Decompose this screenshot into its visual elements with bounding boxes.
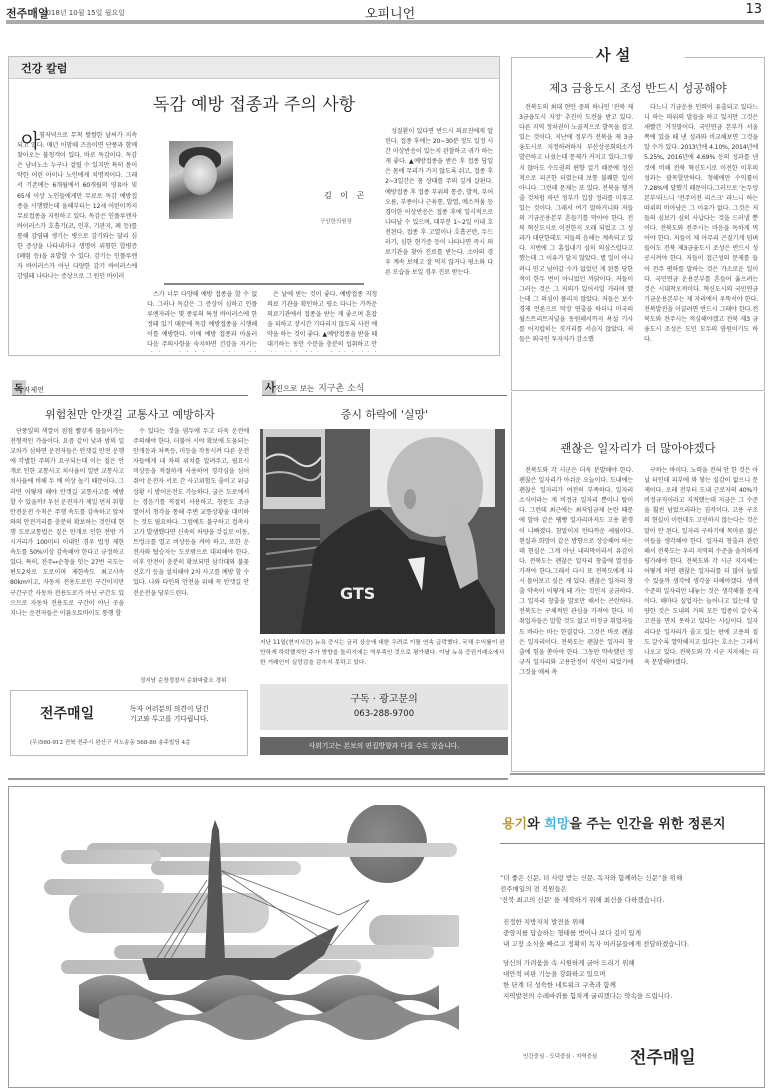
health-column-3: 은 날에 받는 것이 좋다. 예방접종 지정 의료 기관을 확인하고 평소 다니… <box>267 290 377 352</box>
ad-paragraph-2: 진정한 지방자치 발전을 위해 중앙지를 답습하는 형태를 벗어나 보다 깊이 … <box>503 917 689 950</box>
pen-ship-illustration <box>39 805 459 1045</box>
photo-news-title: 증시 하락에 '실망' <box>262 406 507 422</box>
ad-paragraph-1: “더 좋은 신문, 더 사랑 받는 신문, 독자와 함께하는 신문”을 위해 전… <box>500 873 682 906</box>
ad-paragraph-3: 당신의 가려움을 속 시원하게 긁어 드리기 위해 대안적 비판 기능을 강화하… <box>503 958 672 1002</box>
photo-caption: 지난 11일(현지시간) 뉴욕 증시는 금리 상승에 대한 우려로 이틀 연속 … <box>260 638 508 668</box>
subscription-phone[interactable]: 063-288-9700 <box>260 709 508 719</box>
reader-section-head <box>12 380 248 396</box>
editorial2-column-2: 구하는 바이다. 노력을 전혀 안 한 것은 아닐 터인데 피부에 와 닿는 실… <box>644 466 758 766</box>
jeonju-address: (우)560-912 전북 전주시 완산구 서노송동 568-80 송주빌딩 4… <box>30 738 191 746</box>
gts-logo-text: GTS <box>340 584 375 603</box>
issue-date: 2018년 10월 15일 월요일 <box>42 8 125 18</box>
header-rule <box>6 20 764 24</box>
section-divider <box>8 778 508 780</box>
ad-logo: 전주매일 <box>630 1043 696 1068</box>
health-article-title: 독감 예방 접종과 주의 사항 <box>9 90 499 115</box>
health-column-1: 침저녁으로 무척 쌀쌀한 날씨가 지속되고 있다. 매년 이맘때 즈음이면 단풍… <box>17 127 137 352</box>
page-number: 13 <box>745 2 762 17</box>
photo-rule <box>164 283 364 285</box>
editorial-title: 제3 금융도시 조성 반드시 성공해야 <box>511 80 765 96</box>
editorial-column-2: 다느니 기금운용 인력이 유출되고 있다느니 하는 따위의 말들을 하고 있지만… <box>644 103 758 393</box>
editorial2-title: 괜찮은 일자리가 더 많아야겠다 <box>511 440 765 456</box>
photo-section-label: 사진으로 보는 지구촌 소식 <box>265 379 364 395</box>
ad-rule <box>500 843 765 844</box>
jeonju-logo: 전주매일 <box>40 703 94 723</box>
trader-photo-illustration: GTS <box>260 429 505 634</box>
editorial-label: 사 설 <box>596 44 630 65</box>
ad-slogan: 인간중심 · 도덕중심 · 지역중심 <box>523 1052 597 1060</box>
reader-section-label: 독자제언 <box>14 380 44 395</box>
jeonju-message: 독자 여러분의 의견이 담긴 기고와 투고를 기다립니다. <box>130 704 209 724</box>
reader-byline: 정지남 순창경찰서 순화파출소 경위 <box>140 676 226 684</box>
author-name: 김 이 곤 <box>324 190 367 201</box>
editorial2-column-1: 전북도와 각 시군은 더욱 분발해야 한다. 괜찮은 일자리가 아쉬운 오늘이다… <box>519 466 633 766</box>
reader-column-2: 수 있다는 것을 염두에 두고 더욱 운전에 주의해야 한다. 더불어 시야 확… <box>133 427 249 675</box>
author-title: 구암한의원장 <box>320 217 352 225</box>
author-photo <box>169 141 233 219</box>
health-column-label: 건강 칼럼 <box>21 60 67 76</box>
photo-face <box>183 155 217 195</box>
health-column-bar <box>9 57 499 79</box>
reader-article-title: 위험천만 안갯길 교통사고 예방하자 <box>12 406 248 422</box>
jeonju-contact-box <box>10 690 248 756</box>
ad-headline: 용기와 희망을 주는 인간을 위한 정론지 <box>502 813 726 832</box>
news-photo: GTS <box>260 429 505 634</box>
reader-column-1: 단풍잎의 색깔이 점점 빨갛게 물들어가는 전형적인 가을이다. 요즘 같이 낮… <box>10 427 124 689</box>
contribution-disclaimer: 사외기고는 본보의 편집방향과 다를 수도 있습니다. <box>260 737 508 755</box>
health-column-2: 스가 너무 다양해 예방 접종을 할 수 없다. 그러나 독감은 그 증상이 심… <box>147 290 257 352</box>
editorial-column-1: 전북도의 최대 현안 중의 하나인 '전북 제3금융도시 지정' 추진이 도전을… <box>519 103 633 393</box>
section-divider <box>510 773 765 775</box>
health-column: 건강 칼럼 독감 예방 접종과 주의 사항 아 침저녁으로 무척 쌀쌀한 날씨가… <box>8 56 500 356</box>
health-column-4: 성질환이 있다면 반드시 의료진에게 알린다. 접종 후에는 20~30분 정도… <box>385 127 493 352</box>
subscription-label: 구독 · 광고문의 <box>260 690 508 705</box>
